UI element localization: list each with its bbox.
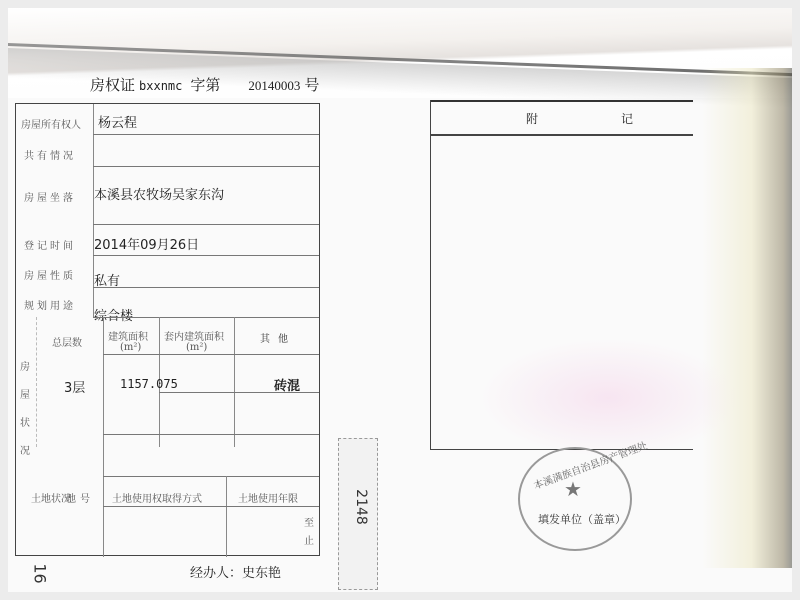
- row-line: [103, 506, 319, 507]
- title-zi-di: 字第: [190, 76, 220, 94]
- annex-box: 附 记: [430, 100, 693, 450]
- floors-value: 3层: [64, 377, 85, 396]
- land-label: 土地状况: [31, 490, 71, 505]
- annex-label-1: 附: [526, 110, 538, 127]
- location-value: 本溪县农牧场吴家东沟: [94, 184, 224, 203]
- row-line: [93, 317, 319, 318]
- certificate-code: bxxnmc: [139, 79, 182, 93]
- certificate-number: 20140003: [248, 78, 300, 93]
- property-table: 房屋所有权人 杨云程 共有情况 房屋坐落 本溪县农牧场吴家东沟 登记时间 201…: [15, 103, 320, 556]
- certificate-title: 房权证bxxnmc字第20140003号: [90, 74, 319, 95]
- annex-label-2: 记: [621, 110, 633, 127]
- col-line: [103, 317, 104, 557]
- col-line: [226, 476, 227, 557]
- issuing-unit-label: 填发单位（盖章）: [538, 511, 626, 527]
- row-line: [103, 476, 319, 477]
- registration-stamp: 2148: [338, 438, 378, 590]
- lot-label: 地号: [66, 490, 94, 505]
- page-shadow: [702, 68, 792, 568]
- annex-header-line: [431, 134, 693, 136]
- use-label: 规划用途: [24, 297, 76, 312]
- handwritten-number: 2148: [353, 489, 369, 525]
- owner-value: 杨云程: [98, 112, 137, 131]
- header-inner-area: 套内建筑面积: [164, 328, 224, 343]
- row-line: [93, 255, 319, 256]
- row-line: [103, 434, 319, 435]
- star-icon: ★: [564, 477, 582, 501]
- building-area-value: 1157.075: [120, 377, 178, 391]
- reg-time-label: 登记时间: [24, 237, 76, 252]
- handler: 经办人：史东艳: [190, 562, 281, 581]
- handler-label: 经办人：: [190, 566, 242, 581]
- title-prefix: 房权证: [90, 76, 135, 94]
- acquire-label: 土地使用权取得方式: [112, 490, 202, 505]
- header-other: 其他: [260, 330, 296, 345]
- header-building-area-unit: (m²): [120, 342, 141, 353]
- title-hao: 号: [304, 76, 319, 94]
- nature-label: 房屋性质: [24, 267, 76, 282]
- header-building-area: 建筑面积: [108, 328, 148, 343]
- reg-time-value: 2014年09月26日: [94, 234, 199, 253]
- col-line: [234, 317, 235, 447]
- official-seal: 本溪满族自治县房产管理处 ★ 填发单位（盖章）: [518, 447, 632, 551]
- header-inner-area-unit: (m²): [186, 342, 207, 353]
- col-line: [36, 317, 38, 447]
- page-number: 16: [31, 563, 50, 583]
- status-label: 房屋状况: [20, 354, 32, 466]
- location-label: 房屋坐落: [24, 189, 76, 204]
- row-line: [93, 287, 319, 288]
- row-line: [93, 134, 319, 135]
- row-line: [93, 166, 319, 167]
- term-label: 土地使用年限: [238, 490, 298, 505]
- annex-top-line: [431, 100, 693, 102]
- handler-name: 史东艳: [242, 566, 281, 581]
- owner-label: 房屋所有权人: [21, 116, 81, 131]
- row-line: [103, 354, 319, 355]
- co-owner-label: 共有情况: [24, 147, 76, 162]
- term-end: 止: [304, 532, 314, 547]
- row-line: [159, 392, 319, 393]
- use-value: 综合楼: [94, 305, 133, 324]
- row-line: [93, 224, 319, 225]
- header-floors: 总层数: [52, 334, 82, 349]
- term-to: 至: [304, 514, 314, 529]
